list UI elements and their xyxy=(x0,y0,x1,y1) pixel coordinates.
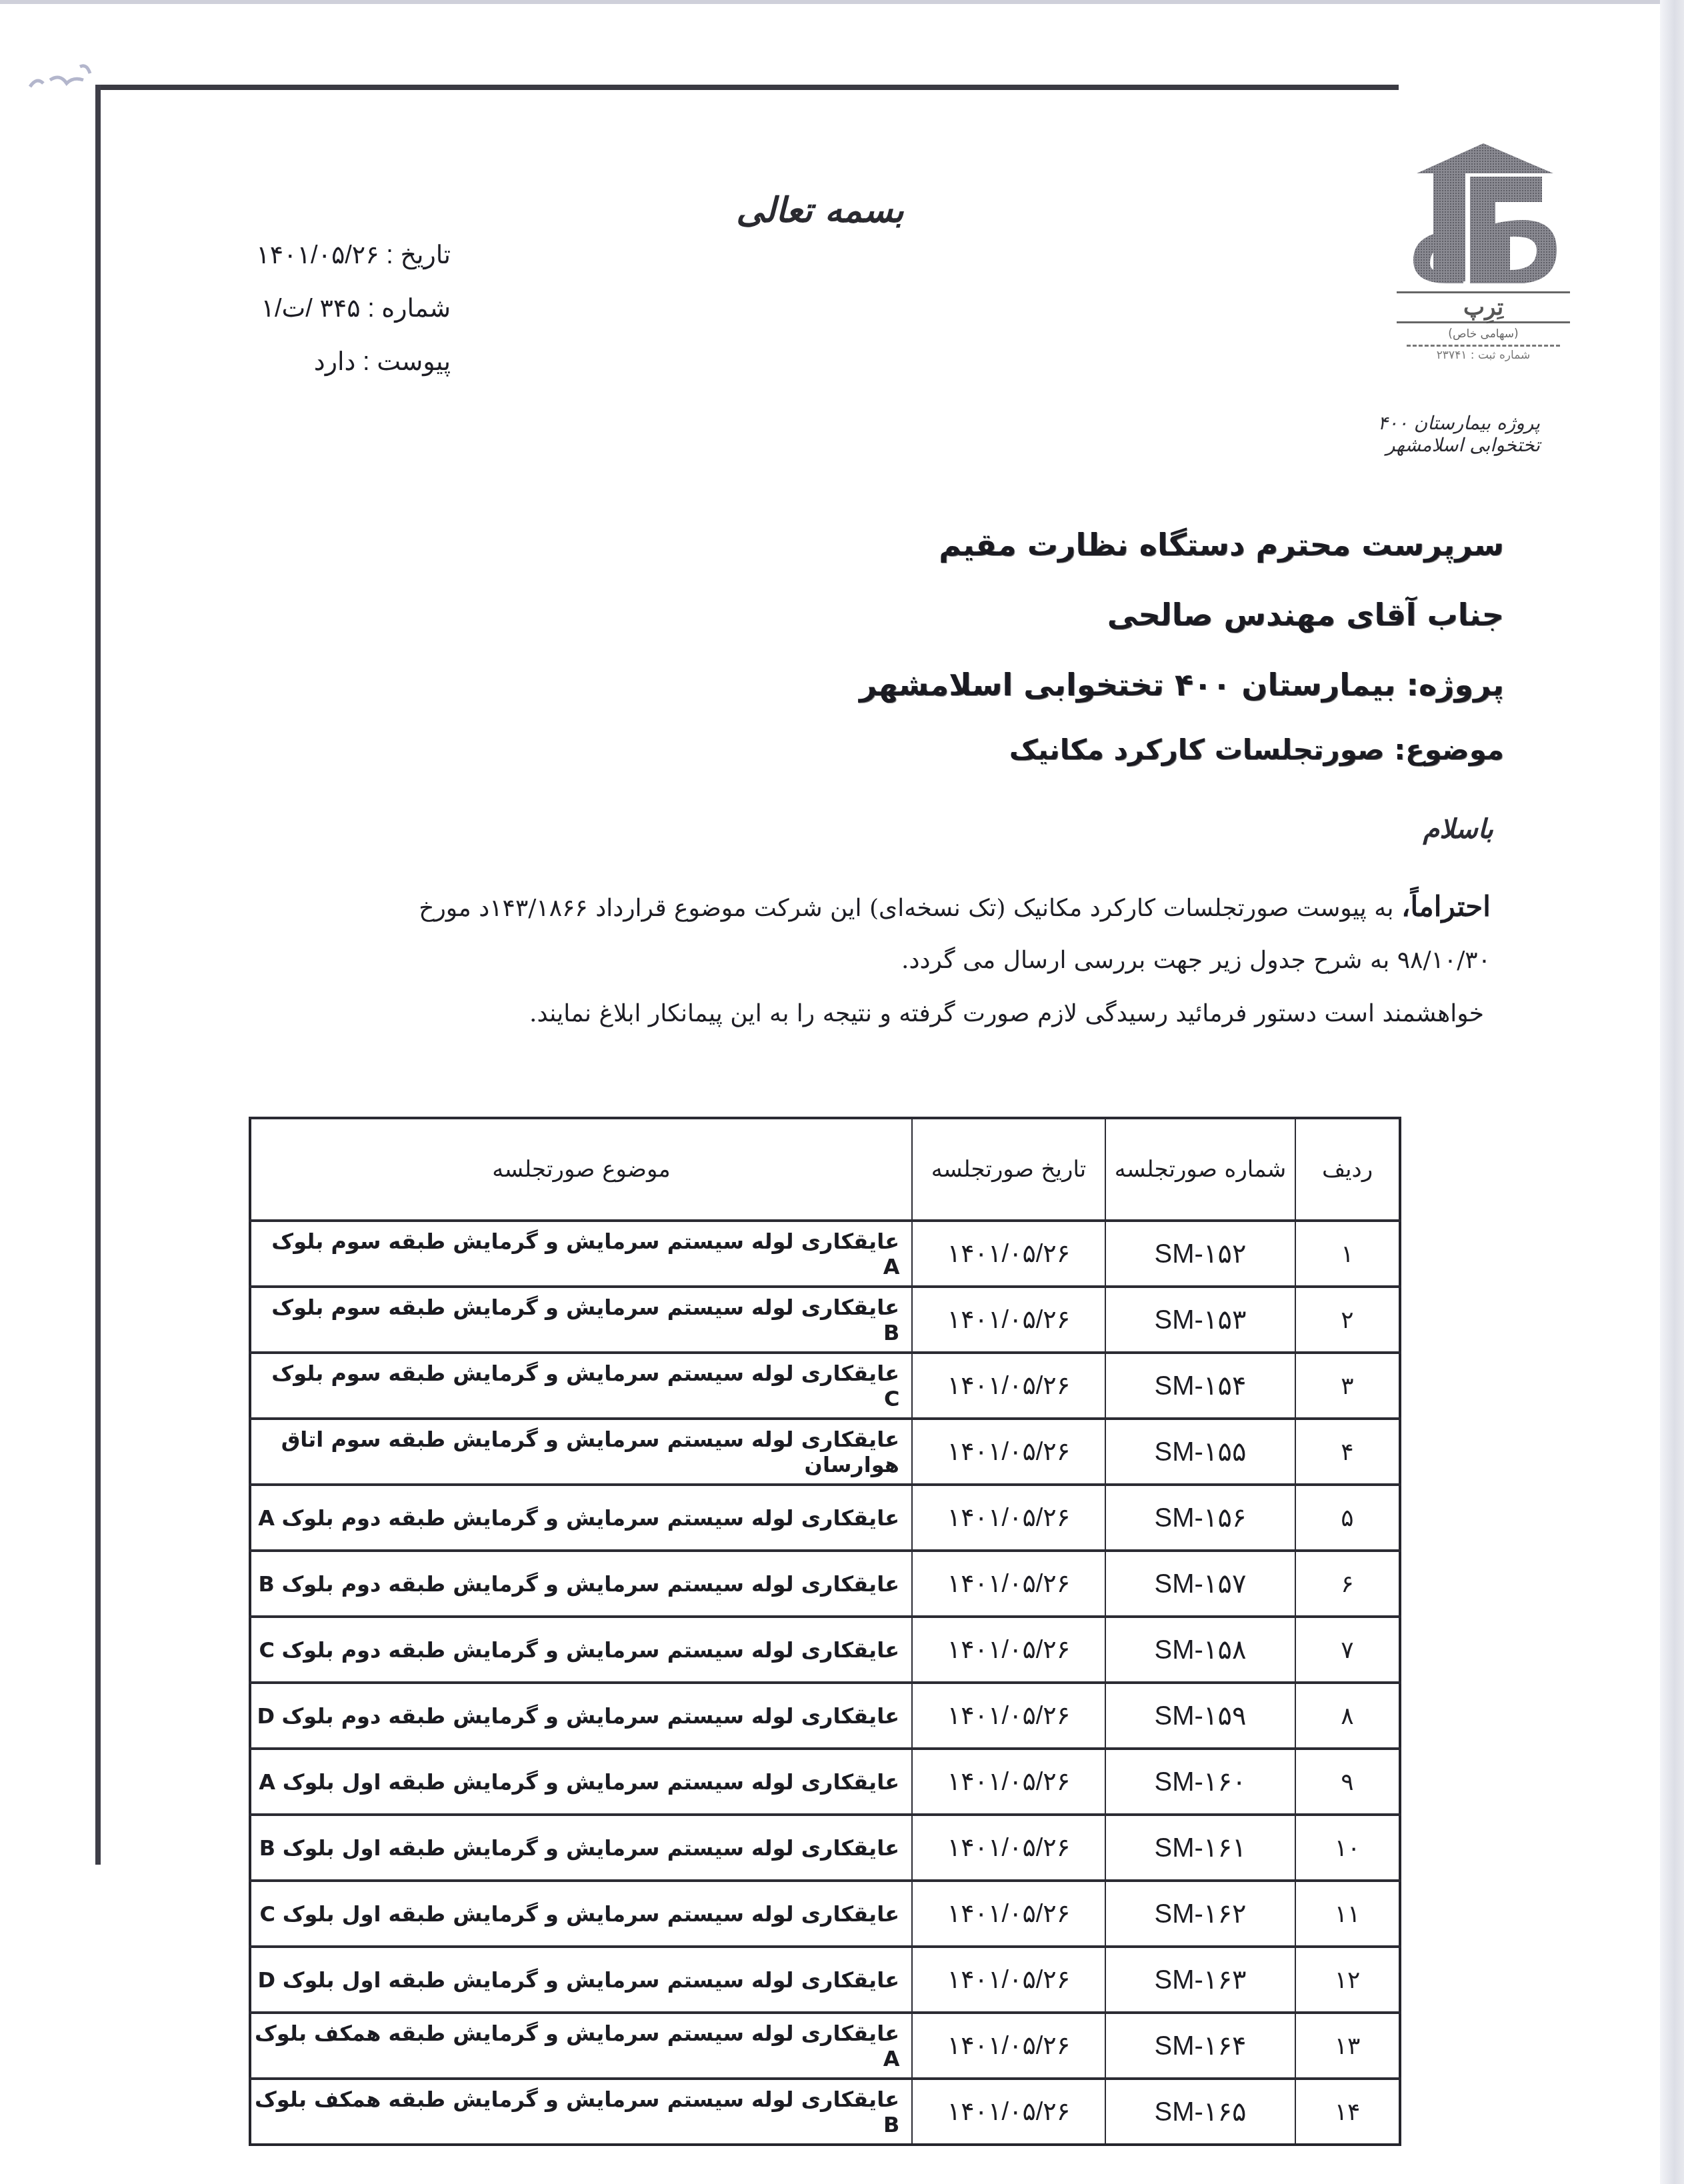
table-row: ۶SM-۱۵۷۱۴۰۱/۰۵/۲۶عایقکاری لوله سیستم سرم… xyxy=(250,1551,1400,1617)
body-line-1-text: به پیوست صورتجلسات کارکرد مکانیک (تک نسخ… xyxy=(419,895,1393,922)
table-header-row: ردیف شماره صورتجلسه تاریخ صورتجلسه موضوع… xyxy=(250,1118,1400,1221)
minutes-subject-cell: عایقکاری لوله سیستم سرمایش و گرمایش طبقه… xyxy=(250,1683,912,1749)
minutes-subject-cell: عایقکاری لوله سیستم سرمایش و گرمایش طبقه… xyxy=(250,1947,912,2013)
table-row: ۹SM-۱۶۰۱۴۰۱/۰۵/۲۶عایقکاری لوله سیستم سرم… xyxy=(250,1749,1400,1815)
minutes-date-cell: ۱۴۰۱/۰۵/۲۶ xyxy=(912,1947,1105,2013)
minutes-subject-cell: عایقکاری لوله سیستم سرمایش و گرمایش طبقه… xyxy=(250,1815,912,1881)
header-minutes-date: تاریخ صورتجلسه xyxy=(912,1118,1105,1221)
body-paragraph-line-1: احتراماً، به پیوست صورتجلسات کارکرد مکان… xyxy=(419,890,1491,923)
header-minutes-number: شماره صورتجلسه xyxy=(1105,1118,1295,1221)
row-number-cell: ۳ xyxy=(1295,1353,1400,1419)
row-number-cell: ۱۳ xyxy=(1295,2013,1400,2079)
body-paragraph-line-2: ۹۸/۱۰/۳۰ به شرح جدول زیر جهت بررسی ارسال… xyxy=(901,947,1491,974)
table-row: ۳SM-۱۵۴۱۴۰۱/۰۵/۲۶عایقکاری لوله سیستم سرم… xyxy=(250,1353,1400,1419)
minutes-subject-cell: عایقکاری لوله سیستم سرمایش و گرمایش طبقه… xyxy=(250,1485,912,1551)
minutes-subject-cell: عایقکاری لوله سیستم سرمایش و گرمایش طبقه… xyxy=(250,2079,912,2145)
minutes-number-cell: SM-۱۵۸ xyxy=(1105,1617,1295,1683)
addressee-name: جناب آقای مهندس صالحی xyxy=(704,597,1504,633)
company-type: (سهامی خاص) xyxy=(1397,327,1570,341)
body-paragraph-line-3: خواهشمند است دستور فرمائید رسیدگی لازم ص… xyxy=(529,1000,1484,1027)
project-line: پروژه: بیمارستان ۴۰۰ تختخوابی اسلامشهر xyxy=(704,667,1504,703)
minutes-date-cell: ۱۴۰۱/۰۵/۲۶ xyxy=(912,1221,1105,1287)
logo-divider xyxy=(1407,345,1560,347)
minutes-number-cell: SM-۱۵۲ xyxy=(1105,1221,1295,1287)
minutes-subject-cell: عایقکاری لوله سیستم سرمایش و گرمایش طبقه… xyxy=(250,1221,912,1287)
minutes-table: ردیف شماره صورتجلسه تاریخ صورتجلسه موضوع… xyxy=(249,1117,1401,2146)
letter-attachment: پیوست : دارد xyxy=(184,347,451,377)
row-number-cell: ۲ xyxy=(1295,1287,1400,1353)
minutes-number-cell: SM-۱۶۳ xyxy=(1105,1947,1295,2013)
minutes-date-cell: ۱۴۰۱/۰۵/۲۶ xyxy=(912,1683,1105,1749)
minutes-date-cell: ۱۴۰۱/۰۵/۲۶ xyxy=(912,1617,1105,1683)
row-number-cell: ۶ xyxy=(1295,1551,1400,1617)
minutes-number-cell: SM-۱۵۶ xyxy=(1105,1485,1295,1551)
minutes-subject-cell: عایقکاری لوله سیستم سرمایش و گرمایش طبقه… xyxy=(250,1881,912,1947)
row-number-cell: ۵ xyxy=(1295,1485,1400,1551)
number-label: شماره : xyxy=(367,295,451,323)
minutes-date-cell: ۱۴۰۱/۰۵/۲۶ xyxy=(912,1749,1105,1815)
table-row: ۸SM-۱۵۹۱۴۰۱/۰۵/۲۶عایقکاری لوله سیستم سرم… xyxy=(250,1683,1400,1749)
table-row: ۱۱SM-۱۶۲۱۴۰۱/۰۵/۲۶عایقکاری لوله سیستم سر… xyxy=(250,1881,1400,1947)
row-number-cell: ۱۱ xyxy=(1295,1881,1400,1947)
minutes-number-cell: SM-۱۶۰ xyxy=(1105,1749,1295,1815)
minutes-subject-cell: عایقکاری لوله سیستم سرمایش و گرمایش طبقه… xyxy=(250,1353,912,1419)
table-row: ۷SM-۱۵۸۱۴۰۱/۰۵/۲۶عایقکاری لوله سیستم سرم… xyxy=(250,1617,1400,1683)
row-number-cell: ۴ xyxy=(1295,1419,1400,1485)
basmala-heading: بسمه تعالی xyxy=(733,190,907,231)
minutes-subject-cell: عایقکاری لوله سیستم سرمایش و گرمایش طبقه… xyxy=(250,2013,912,2079)
table-row: ۲SM-۱۵۳۱۴۰۱/۰۵/۲۶عایقکاری لوله سیستم سرم… xyxy=(250,1287,1400,1353)
minutes-number-cell: SM-۱۵۹ xyxy=(1105,1683,1295,1749)
greeting: باسلام xyxy=(1400,813,1493,845)
letter-number: شماره : ۳۴۵ /ت/۱ xyxy=(184,293,451,323)
date-value: ۱۴۰۱/۰۵/۲۶ xyxy=(256,241,379,269)
header-row-number: ردیف xyxy=(1295,1118,1400,1221)
minutes-number-cell: SM-۱۶۱ xyxy=(1105,1815,1295,1881)
date-label: تاریخ : xyxy=(386,241,451,269)
table-body: ۱SM-۱۵۲۱۴۰۱/۰۵/۲۶عایقکاری لوله سیستم سرم… xyxy=(250,1221,1400,2145)
row-number-cell: ۹ xyxy=(1295,1749,1400,1815)
minutes-number-cell: SM-۱۵۳ xyxy=(1105,1287,1295,1353)
company-logo: تِرِپ (سهامی خاص) شماره ثبت : ۲۳۷۴۱ xyxy=(1397,137,1570,370)
letter-date: تاریخ : ۱۴۰۱/۰۵/۲۶ xyxy=(184,240,451,270)
minutes-date-cell: ۱۴۰۱/۰۵/۲۶ xyxy=(912,2013,1105,2079)
minutes-date-cell: ۱۴۰۱/۰۵/۲۶ xyxy=(912,1551,1105,1617)
table-row: ۱SM-۱۵۲۱۴۰۱/۰۵/۲۶عایقکاری لوله سیستم سرم… xyxy=(250,1221,1400,1287)
table-row: ۵SM-۱۵۶۱۴۰۱/۰۵/۲۶عایقکاری لوله سیستم سرم… xyxy=(250,1485,1400,1551)
handwritten-project-note: پروژه بیمارستان ۴۰۰ تختخوابی اسلامشهر xyxy=(1320,412,1540,456)
row-number-cell: ۷ xyxy=(1295,1617,1400,1683)
scan-edge-right xyxy=(1660,0,1684,2184)
row-number-cell: ۱۰ xyxy=(1295,1815,1400,1881)
minutes-date-cell: ۱۴۰۱/۰۵/۲۶ xyxy=(912,1353,1105,1419)
row-number-cell: ۸ xyxy=(1295,1683,1400,1749)
house-arrow-logo-icon xyxy=(1397,137,1570,290)
page-frame-top-line xyxy=(95,85,1399,90)
minutes-date-cell: ۱۴۰۱/۰۵/۲۶ xyxy=(912,1287,1105,1353)
table-row: ۱۴SM-۱۶۵۱۴۰۱/۰۵/۲۶عایقکاری لوله سیستم سر… xyxy=(250,2079,1400,2145)
number-value: ۳۴۵ /ت/۱ xyxy=(261,295,361,323)
table-row: ۱۲SM-۱۶۳۱۴۰۱/۰۵/۲۶عایقکاری لوله سیستم سر… xyxy=(250,1947,1400,2013)
minutes-number-cell: SM-۱۵۵ xyxy=(1105,1419,1295,1485)
minutes-number-cell: SM-۱۶۵ xyxy=(1105,2079,1295,2145)
row-number-cell: ۱۴ xyxy=(1295,2079,1400,2145)
row-number-cell: ۱۲ xyxy=(1295,1947,1400,2013)
minutes-number-cell: SM-۱۵۴ xyxy=(1105,1353,1295,1419)
registration-number: شماره ثبت : ۲۳۷۴۱ xyxy=(1397,349,1570,362)
minutes-date-cell: ۱۴۰۱/۰۵/۲۶ xyxy=(912,2079,1105,2145)
attachment-value: دارد xyxy=(314,348,356,376)
minutes-subject-cell: عایقکاری لوله سیستم سرمایش و گرمایش طبقه… xyxy=(250,1749,912,1815)
scan-edge-top xyxy=(0,0,1684,4)
minutes-number-cell: SM-۱۵۷ xyxy=(1105,1551,1295,1617)
company-name: تِرِپ xyxy=(1397,291,1570,323)
table-row: ۱۰SM-۱۶۱۱۴۰۱/۰۵/۲۶عایقکاری لوله سیستم سر… xyxy=(250,1815,1400,1881)
addressee-title: سرپرست محترم دستگاه نظارت مقیم xyxy=(704,527,1504,563)
minutes-number-cell: SM-۱۶۴ xyxy=(1105,2013,1295,2079)
body-opening: احتراماً، xyxy=(1401,890,1491,923)
header-minutes-subject: موضوع صورتجلسه xyxy=(250,1118,912,1221)
minutes-number-cell: SM-۱۶۲ xyxy=(1105,1881,1295,1947)
minutes-subject-cell: عایقکاری لوله سیستم سرمایش و گرمایش طبقه… xyxy=(250,1617,912,1683)
page-frame-left-line xyxy=(95,85,101,1865)
subject-line: موضوع: صورتجلسات کارکرد مکانیک xyxy=(704,733,1504,766)
attachment-label: پیوست : xyxy=(363,348,451,376)
minutes-date-cell: ۱۴۰۱/۰۵/۲۶ xyxy=(912,1881,1105,1947)
minutes-date-cell: ۱۴۰۱/۰۵/۲۶ xyxy=(912,1815,1105,1881)
minutes-date-cell: ۱۴۰۱/۰۵/۲۶ xyxy=(912,1485,1105,1551)
minutes-date-cell: ۱۴۰۱/۰۵/۲۶ xyxy=(912,1419,1105,1485)
minutes-subject-cell: عایقکاری لوله سیستم سرمایش و گرمایش طبقه… xyxy=(250,1551,912,1617)
minutes-subject-cell: عایقکاری لوله سیستم سرمایش و گرمایش طبقه… xyxy=(250,1287,912,1353)
table-row: ۴SM-۱۵۵۱۴۰۱/۰۵/۲۶عایقکاری لوله سیستم سرم… xyxy=(250,1419,1400,1485)
ink-smudge-icon xyxy=(27,60,100,93)
table-row: ۱۳SM-۱۶۴۱۴۰۱/۰۵/۲۶عایقکاری لوله سیستم سر… xyxy=(250,2013,1400,2079)
row-number-cell: ۱ xyxy=(1295,1221,1400,1287)
minutes-subject-cell: عایقکاری لوله سیستم سرمایش و گرمایش طبقه… xyxy=(250,1419,912,1485)
